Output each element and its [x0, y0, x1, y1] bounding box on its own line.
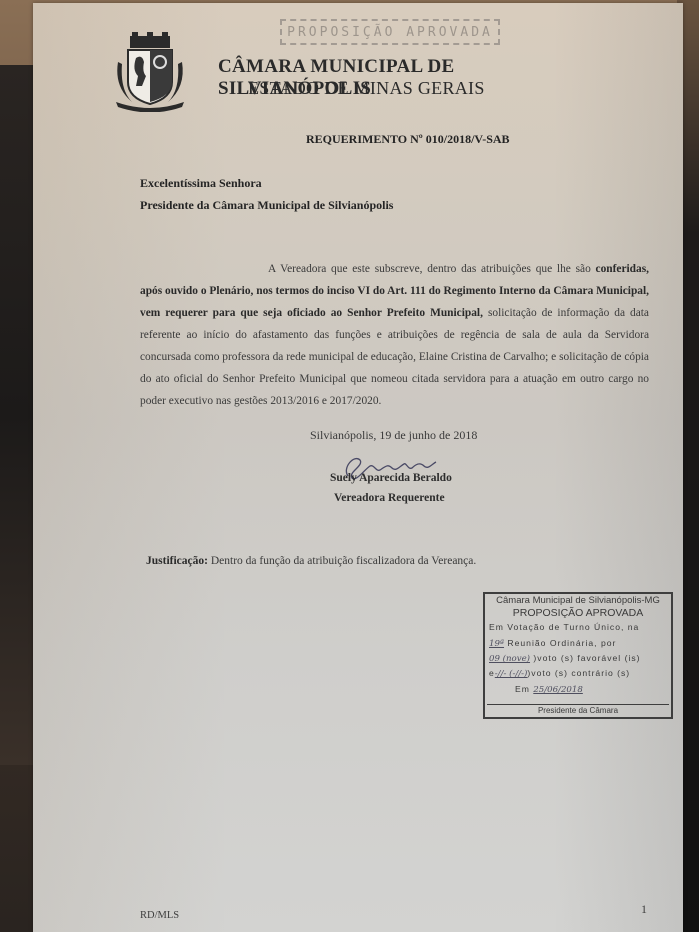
stamp-date-value: 25/06/2018 — [533, 685, 583, 695]
signer-role: Vereadora Requerente — [334, 492, 445, 504]
coat-of-arms-icon — [110, 32, 190, 112]
session-number: 19ª — [489, 639, 504, 649]
addressee-title: Presidente da Câmara Municipal de Silvia… — [140, 198, 393, 213]
stamp-footer: Presidente da Câmara — [485, 706, 671, 715]
votes-against-value: -//- (-//-) — [495, 669, 528, 679]
justification-label: Justificação: — [146, 555, 208, 567]
document-title: REQUERIMENTO Nº 010/2018/V-SAB — [306, 132, 510, 147]
approval-stamp: Câmara Municipal de Silvianópolis-MG PRO… — [483, 592, 673, 719]
stamp-votes-for: 09 (nove) )voto (s) favorável (is) — [489, 653, 641, 664]
stamp-session: 19ª Reunião Ordinária, por — [489, 638, 616, 649]
stamp-signature-line — [487, 704, 669, 705]
body-intro: A Vereadora que este subscreve, dentro d… — [268, 263, 596, 275]
signer-name: Suely Aparecida Beraldo — [330, 472, 452, 484]
institution-state: ESTADO DE MINAS GERAIS — [248, 78, 485, 99]
request-body: A Vereadora que este subscreve, dentro d… — [140, 258, 649, 412]
stamp-institution: Câmara Municipal de Silvianópolis-MG — [485, 595, 671, 606]
votes-against-label: )voto (s) contrário (s) — [527, 668, 630, 678]
votes-for-value: 09 (nove) — [489, 654, 530, 664]
stamp-votes-against: e-//- (-//-))voto (s) contrário (s) — [489, 668, 630, 679]
date-line: Silvianópolis, 19 de junho de 2018 — [310, 428, 477, 443]
stamp-date-prefix: Em — [515, 684, 530, 694]
votes-for-label: )voto (s) favorável (is) — [533, 653, 640, 663]
background-object-left — [0, 65, 34, 765]
page-number: 1 — [641, 902, 647, 917]
stamp-vote-type: Em Votação de Turno Único, na — [489, 622, 639, 632]
stamp-date: Em 25/06/2018 — [515, 684, 583, 695]
justification: Justificação: Dentro da função da atribu… — [146, 555, 476, 567]
approved-stamp-top: PROPOSIÇÃO APROVADA — [280, 19, 500, 45]
footer-reference: RD/MLS — [140, 910, 179, 921]
body-request: solicitação de informação da data refere… — [140, 307, 649, 407]
addressee-salutation: Excelentíssima Senhora — [140, 176, 262, 191]
justification-text: Dentro da função da atribuição fiscaliza… — [208, 555, 476, 567]
session-label: Reunião Ordinária, por — [507, 638, 616, 648]
stamp-status: PROPOSIÇÃO APROVADA — [485, 607, 671, 619]
